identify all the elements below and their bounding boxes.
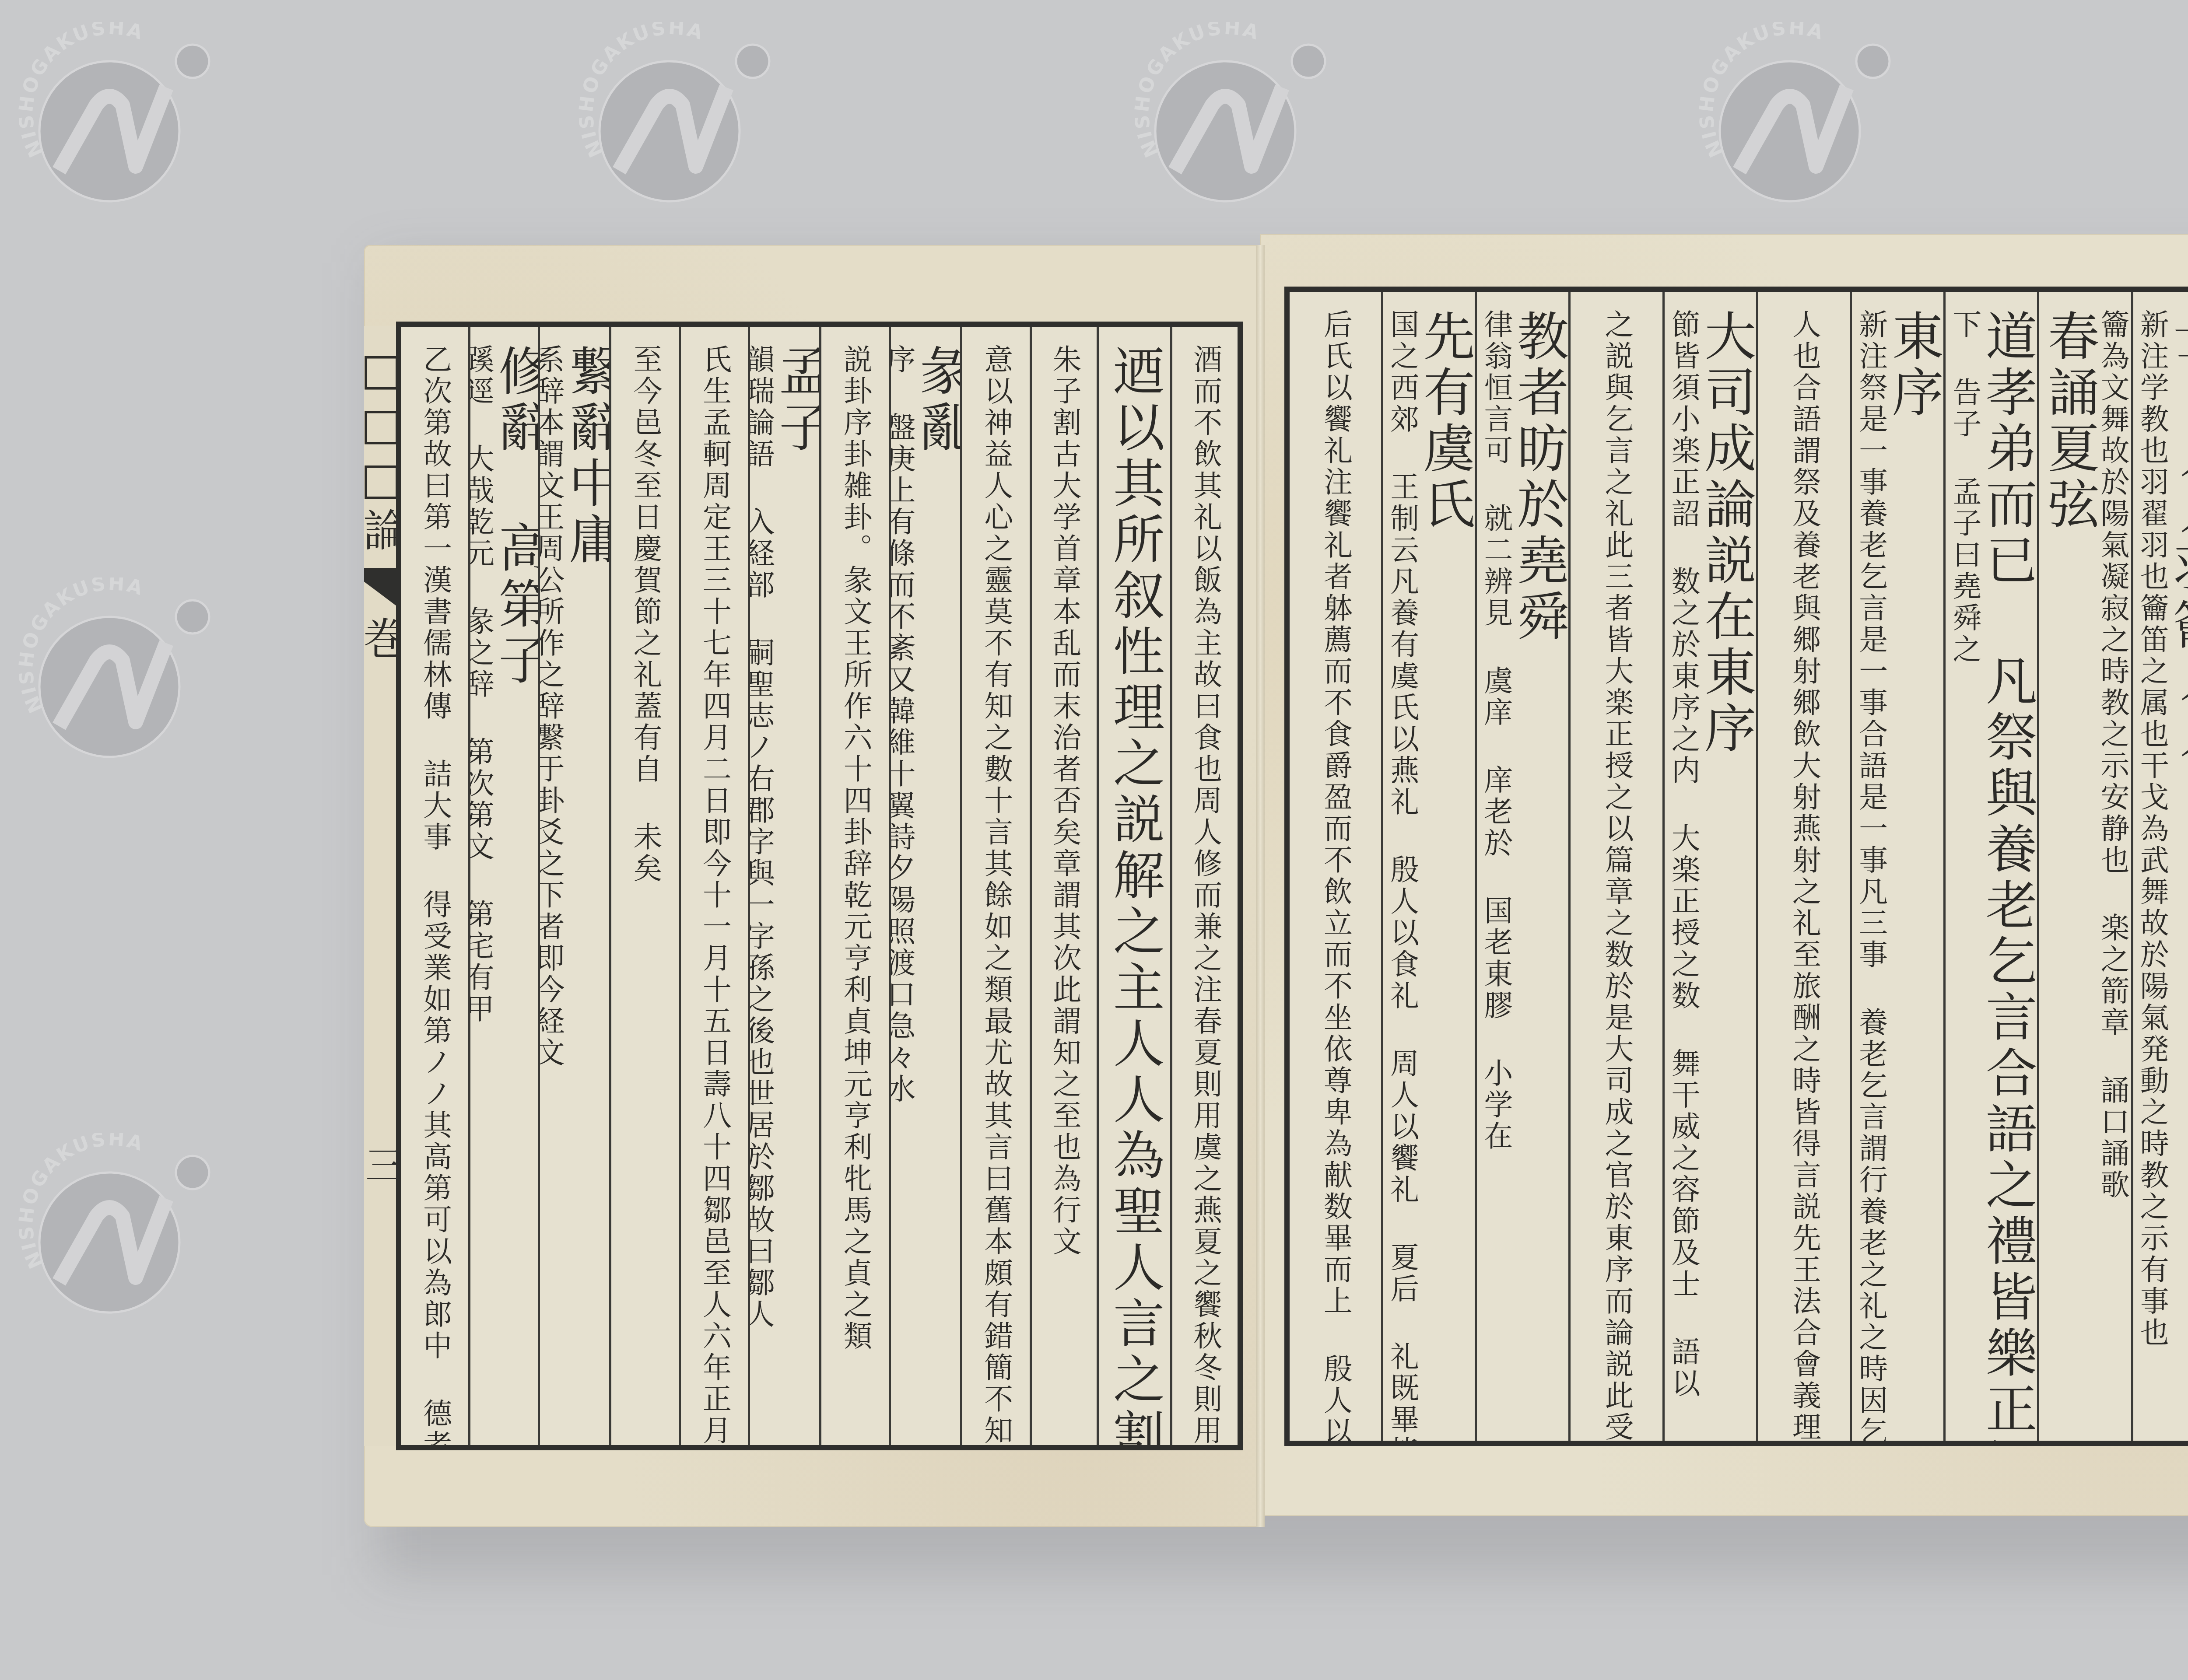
left-col-1: 酒而不飲其礼以飯為主故曰食也周人修而兼之注春夏則用虞之燕夏之饗秋冬則用殷之食周尚… bbox=[1170, 327, 1238, 1445]
svg-text:NISHOGAKUSHA: NISHOGAKUSHA bbox=[18, 577, 147, 716]
left-col-8: 氏生孟軻周定王三十七年四月二日即今十一月十五日壽八十四鄒邑至人六年正月十五日卒即… bbox=[679, 327, 748, 1445]
left-col-5: 彖亂 序 盤庚上有條而不紊又韓維十翼詩夕陽照渡口急々水 bbox=[889, 327, 960, 1445]
column-text: 后氏以饗礼注饗礼者躰薦而不食爵盈而不飲立而不坐依尊卑為献数畢而上 殷人以食礼注食… bbox=[1321, 309, 1350, 1441]
column-text: 酒而不飲其礼以飯為主故曰食也周人修而兼之注春夏則用虞之燕夏之饗秋冬則用殷之食周尚… bbox=[1191, 344, 1220, 1445]
column-main-text: 修辭 高第子 bbox=[494, 344, 538, 1445]
svg-text:NISHOGAKUSHA: NISHOGAKUSHA bbox=[1698, 22, 1827, 161]
column-text: 律翁恒言可 就二辨見 虞庠 庠老於 国老東膠 小学在 bbox=[1481, 309, 1510, 1441]
left-col-10: 繋辭中庸 系辞本謂文王周公所作之辞繋于卦爻之下者即今経文 bbox=[538, 327, 609, 1445]
column-main-text: 迺以其所叙性理之説解之主人人為聖人言之割裂補綴 bbox=[1109, 344, 1161, 1445]
column-text: 至今邑冬至日慶賀節之礼蓋有自 未矣 bbox=[631, 344, 659, 1445]
watermark-logo-icon: NISHOGAKUSHA bbox=[1698, 22, 1899, 223]
column-text: 人也合語謂祭及養老與郷射郷飲大射燕射之礼至旅酬之時皆得言説先王法合會義理而相告語… bbox=[1789, 309, 1818, 1441]
column-text: 朱子割古大学首章本乱而末治者否矣章謂其次此謂知之至也為行文 bbox=[1050, 344, 1079, 1445]
left-col-9: 至今邑冬至日慶賀節之礼蓋有自 未矣 bbox=[609, 327, 678, 1445]
right-col-11: 后氏以饗礼注饗礼者躰薦而不食爵盈而不飲立而不坐依尊卑為献数畢而上 殷人以食礼注食… bbox=[1290, 292, 1381, 1441]
fishtail-mark-icon bbox=[364, 568, 398, 607]
column-text: 国之西郊 王制云凡養有虞氏以燕礼 殷人以食礼 周人以饗礼 夏后 礼既畢皆坐而飲酒… bbox=[1388, 309, 1417, 1441]
column-text: 意以神益人心之靈莫不有知之數十言其餘如之類最尤故其言曰舊本頗有錯簡不知己之 bbox=[982, 344, 1010, 1445]
right-col-4: 道孝弟而已 凡祭與養老乞言合語之禮皆樂正詔之於 下 告子 孟子曰堯舜之 bbox=[1943, 292, 2037, 1441]
right-col-9: 教者昉於堯舜 律翁恒言可 就二辨見 虞庠 庠老於 国老東膠 小学在 bbox=[1475, 292, 1568, 1441]
column-text: 氏生孟軻周定王三十七年四月二日即今十一月十五日壽八十四鄒邑至人六年正月十五日卒即… bbox=[700, 344, 729, 1445]
right-col-2: 士 ノノ羽籥ノノ 新注学教也羽翟羽也籥笛之属也干戈為武舞故於陽氣発動之時教之示有… bbox=[2131, 292, 2188, 1441]
left-text-frame: 酒而不飲其礼以飯為主故曰食也周人修而兼之注春夏則用虞之燕夏之饗秋冬則用殷之食周尚… bbox=[396, 322, 1243, 1450]
watermark-logo-icon: NISHOGAKUSHA bbox=[18, 577, 219, 779]
svg-text:NISHOGAKUSHA: NISHOGAKUSHA bbox=[1133, 22, 1262, 161]
column-main-text: 教者昉於堯舜 bbox=[1513, 309, 1564, 1441]
left-col-12: 乙次第故曰第一漢書儒林傳 詰大事 得受業如第ノノ其高第可以為郎中 德者人之所得乎… bbox=[401, 327, 468, 1445]
right-col-5: 東序 新注祭是一事養老乞言是一事合語是一事凡三事 養老乞言謂行養老之礼之時因乞善… bbox=[1850, 292, 1943, 1441]
watermark-logo-icon: NISHOGAKUSHA bbox=[578, 22, 779, 223]
column-main-text: 東序 bbox=[1888, 309, 1939, 1441]
svg-text:NISHOGAKUSHA: NISHOGAKUSHA bbox=[578, 22, 707, 161]
gutter bbox=[1256, 245, 1265, 1527]
watermark-logo-icon: NISHOGAKUSHA bbox=[18, 1133, 219, 1334]
column-main-text: 春誦夏弦 bbox=[2044, 309, 2095, 1441]
column-main-text: 道孝弟而已 凡祭與養老乞言合語之禮皆樂正詔之於 bbox=[1981, 309, 2033, 1441]
column-text: 系辞本謂文王周公所作之辞繋于卦爻之下者即今経文 bbox=[538, 344, 562, 1445]
left-col-6: 説卦序卦雑卦。彖文王所作六十四卦辞乾元亨利貞坤元亨利牝馬之貞之類 bbox=[819, 327, 888, 1445]
column-text: 乙次第故曰第一漢書儒林傳 詰大事 得受業如第ノノ其高第可以為郎中 德者人之所得乎… bbox=[421, 344, 449, 1445]
column-main-text: 大司成論説在東序 bbox=[1700, 309, 1752, 1441]
left-col-4: 意以神益人心之靈莫不有知之數十言其餘如之類最尤故其言曰舊本頗有錯簡不知己之 bbox=[960, 327, 1029, 1445]
svg-text:NISHOGAKUSHA: NISHOGAKUSHA bbox=[18, 22, 147, 161]
column-text: 説卦序卦雑卦。彖文王所作六十四卦辞乾元亨利貞坤元亨利牝馬之貞之類 bbox=[841, 344, 870, 1445]
column-main-text: 繋辭中庸 bbox=[565, 344, 609, 1445]
right-col-7: 大司成論説在東序 節皆須小楽正詔 数之於東序之内 大楽正授之数 舞干威之容節及士… bbox=[1662, 292, 1756, 1441]
column-main-text: 士 ノノ羽籥ノノ bbox=[2169, 309, 2188, 1441]
right-col-8: 之説與乞言之礼此三者皆大楽正授之以篇章之数於是大司成之官於東序而論説此受数者義理… bbox=[1568, 292, 1662, 1441]
column-main-text: 先有虞氏 bbox=[1419, 309, 1471, 1441]
column-text: 韻瑞論語 入経部 嗣聖志ノ右郡字與一字孫之後也世居於鄒故曰鄒人 bbox=[748, 344, 772, 1445]
column-text: 節皆須小楽正詔 数之於東序之内 大楽正授之数 舞干威之容節及士 語以 bbox=[1669, 309, 1697, 1441]
column-main-text: 孟子 bbox=[775, 344, 819, 1445]
left-col-2: 迺以其所叙性理之説解之主人人為聖人言之割裂補綴 bbox=[1097, 327, 1170, 1445]
column-text: 序 盤庚上有條而不紊又韓維十翼詩夕陽照渡口急々水 bbox=[889, 344, 913, 1445]
left-margin-strip: □□□論 巻 三 bbox=[364, 326, 398, 1446]
column-text: 下 告子 孟子曰堯舜之 bbox=[1950, 309, 1979, 1441]
svg-text:NISHOGAKUSHA: NISHOGAKUSHA bbox=[18, 1133, 147, 1272]
column-text: 蹊逕 大哉乾元 彖之辞 第次第文 第宅有甲 bbox=[468, 344, 491, 1445]
right-col-6: 人也合語謂祭及養老與郷射郷飲大射燕射之礼至旅酬之時皆得言説先王法合會義理而相告語… bbox=[1756, 292, 1850, 1441]
watermark-logo-icon: NISHOGAKUSHA bbox=[18, 22, 219, 223]
column-text: 之説與乞言之礼此三者皆大楽正授之以篇章之数於是大司成之官於東序而論説此受数者義理… bbox=[1602, 309, 1631, 1441]
column-text: 新注祭是一事養老乞言是一事合語是一事凡三事 養老乞言謂行養老之礼之時因乞善言之可… bbox=[1856, 309, 1885, 1441]
column-main-text: 彖亂 bbox=[915, 344, 960, 1445]
left-col-3: 朱子割古大学首章本乱而末治者否矣章謂其次此謂知之至也為行文 bbox=[1030, 327, 1097, 1445]
left-page-number: 三 bbox=[361, 1144, 401, 1184]
right-col-3: 籥為文舞故於陽氣凝寂之時教之示安静也 楽之箭章 誦口誦歌 春誦夏弦 bbox=[2037, 292, 2131, 1441]
left-col-7: 孟子 韻瑞論語 入経部 嗣聖志ノ右郡字與一字孫之後也世居於鄒故曰鄒人 bbox=[748, 327, 819, 1445]
watermark-logo-icon: NISHOGAKUSHA bbox=[1133, 22, 1335, 223]
right-col-10: 先有虞氏 国之西郊 王制云凡養有虞氏以燕礼 殷人以食礼 周人以饗礼 夏后 礼既畢… bbox=[1381, 292, 1475, 1441]
right-text-frame: 文王世子曰凡學世子及學士 士 ノノ羽籥ノノ 新注学教也羽翟羽也籥笛之属也干戈為武… bbox=[1284, 287, 2188, 1446]
column-text: 籥為文舞故於陽氣凝寂之時教之示安静也 楽之箭章 誦口誦歌 bbox=[2098, 309, 2127, 1441]
column-text: 新注学教也羽翟羽也籥笛之属也干戈為武舞故於陽氣発動之時教之示有事也 bbox=[2137, 309, 2166, 1441]
left-col-11: 修辭 高第子 蹊逕 大哉乾元 彖之辞 第次第文 第宅有甲 bbox=[468, 327, 537, 1445]
